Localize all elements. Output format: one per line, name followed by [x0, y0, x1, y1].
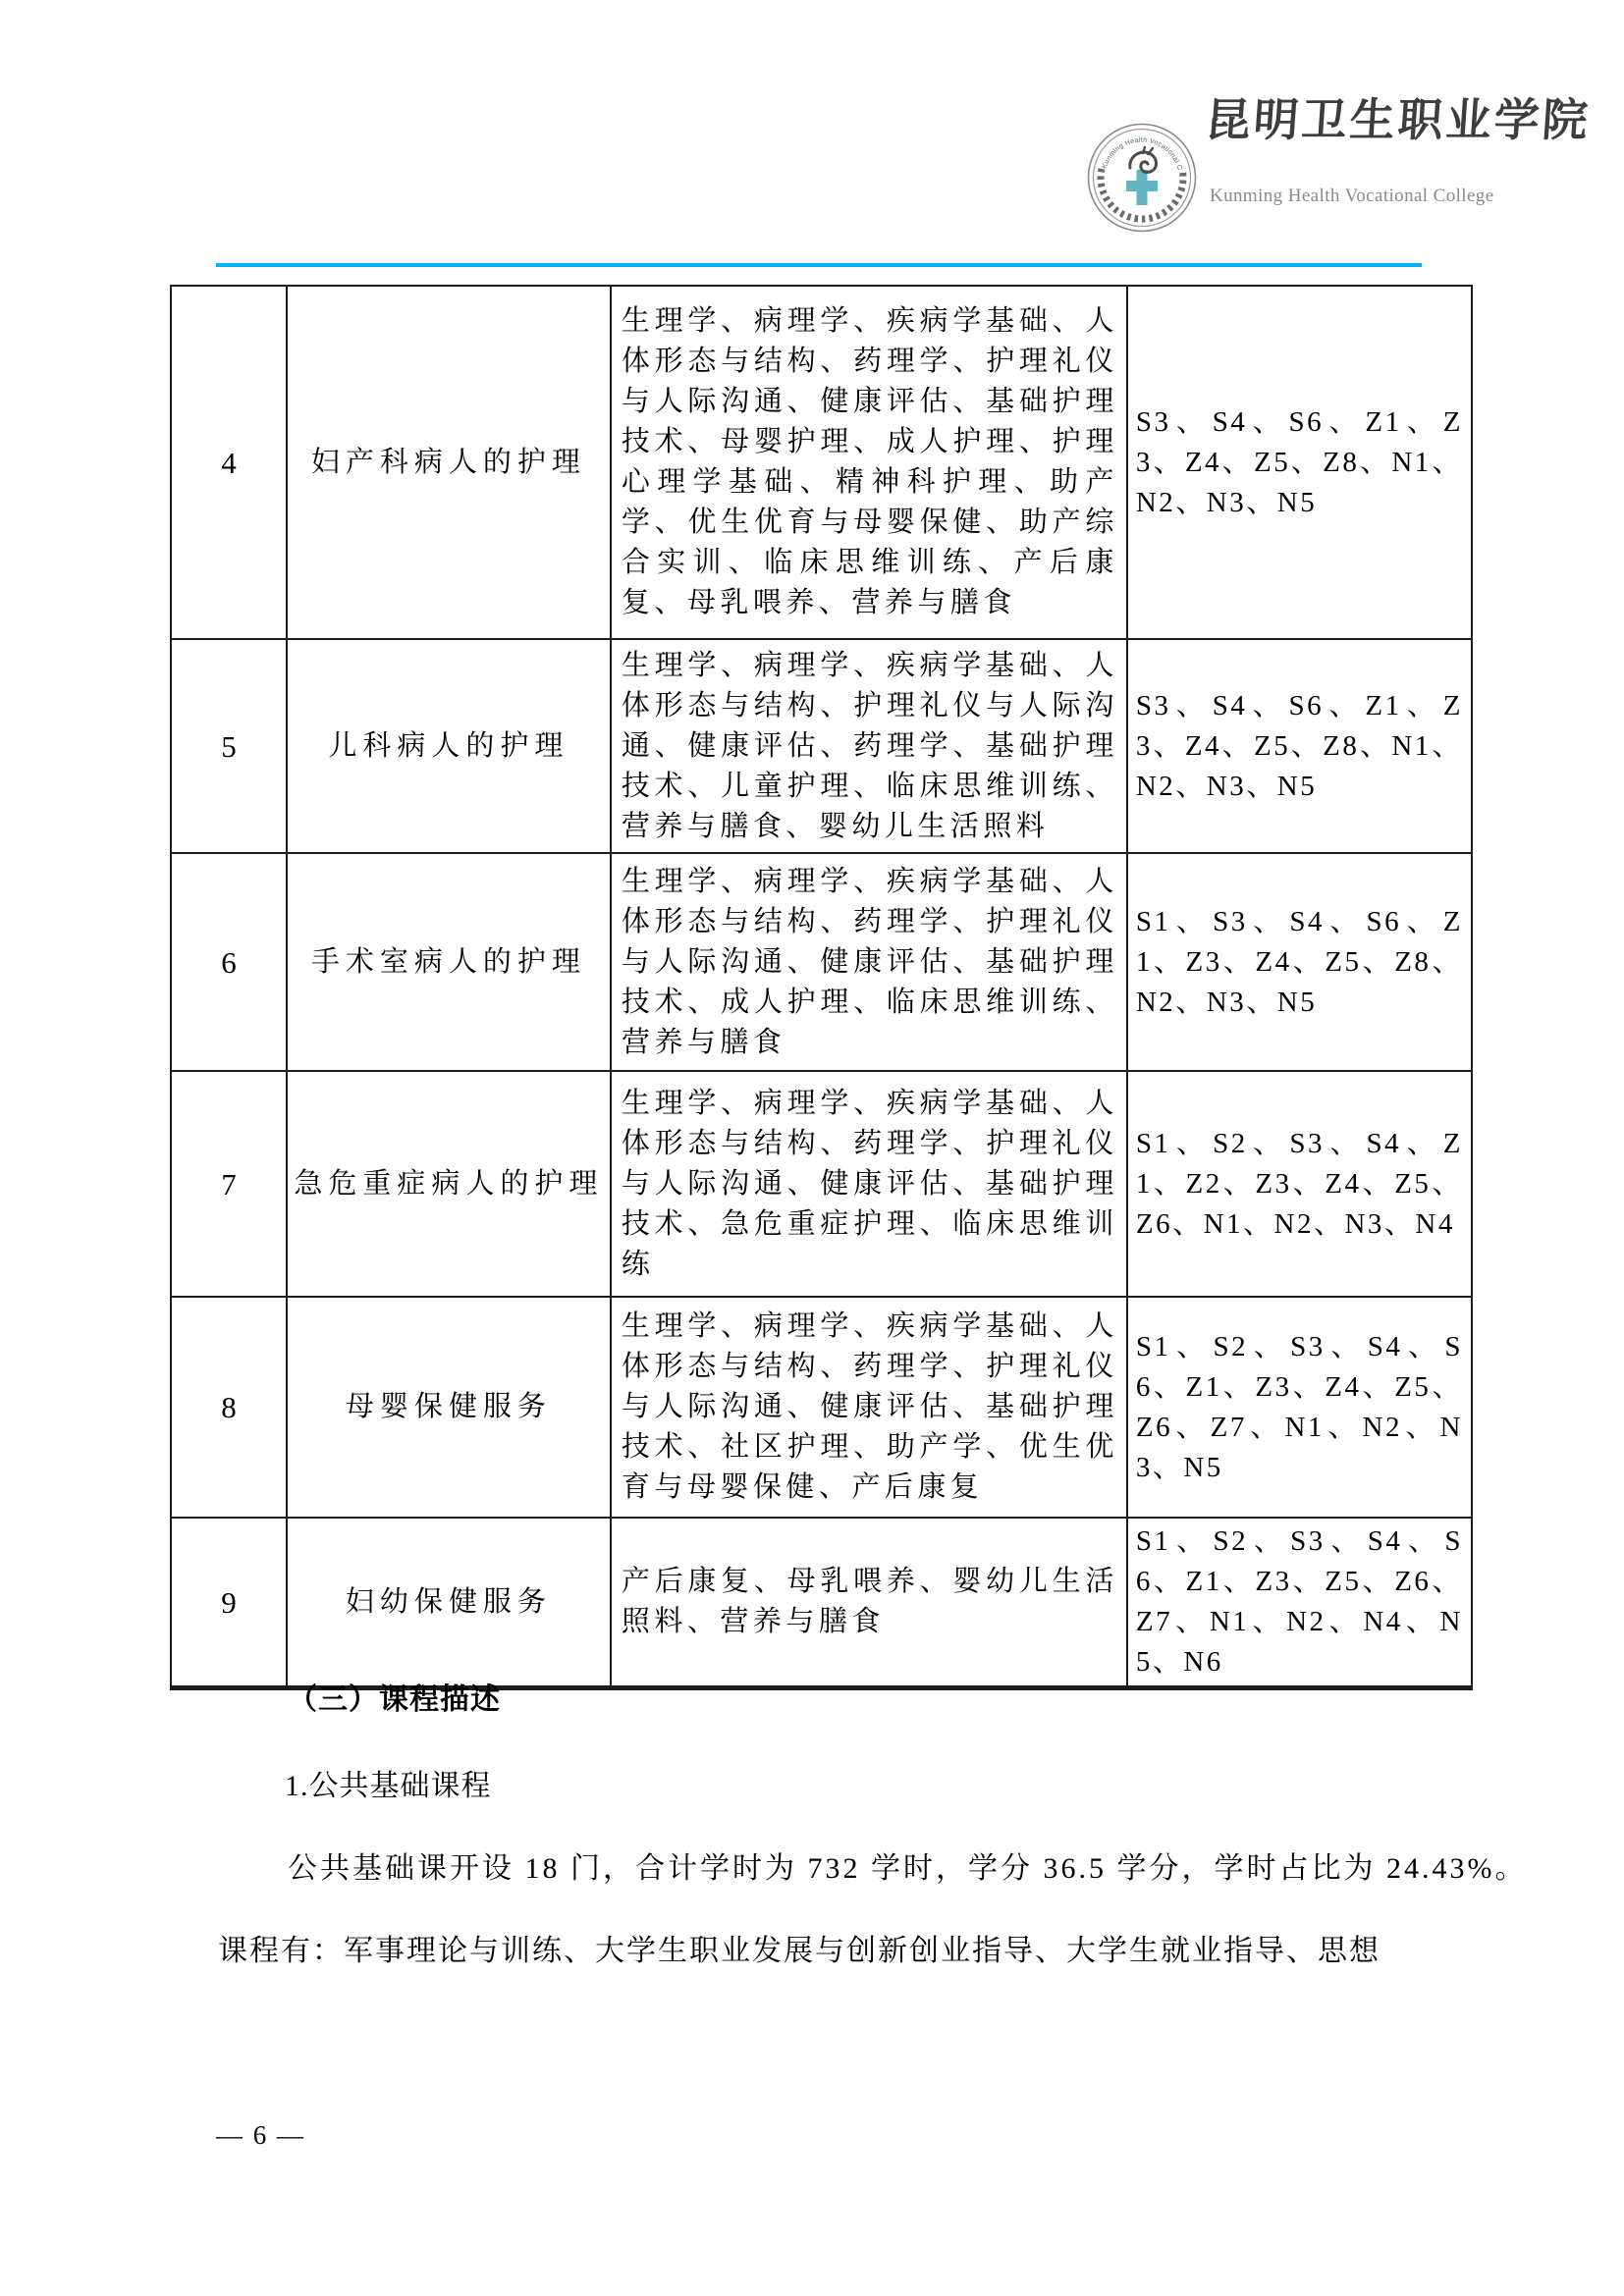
course-codes-cell: S1、S2、S3、S4、S6、Z1、Z3、Z4、Z5、Z6、Z7、N1、N2、N…	[1127, 1297, 1472, 1518]
course-codes-cell: S1、S3、S4、S6、Z1、Z3、Z4、Z5、Z8、N2、N3、N5	[1127, 853, 1472, 1071]
section-heading: （三）课程描述	[288, 1675, 501, 1718]
course-codes-cell: S1、S2、S3、S4、S6、Z1、Z3、Z5、Z6、Z7、N1、N2、N4、N…	[1127, 1518, 1472, 1688]
subsection-heading: 1.公共基础课程	[285, 1761, 492, 1804]
course-name-cell: 儿科病人的护理	[287, 639, 611, 853]
header-accent-rule	[216, 263, 1422, 267]
table-row: 4 妇产科病人的护理 生理学、病理学、疾病学基础、人体形态与结构、药理学、护理礼…	[171, 286, 1472, 639]
course-content-cell: 生理学、病理学、疾病学基础、人体形态与结构、药理学、护理礼仪与人际沟通、健康评估…	[611, 286, 1127, 639]
course-table: 4 妇产科病人的护理 生理学、病理学、疾病学基础、人体形态与结构、药理学、护理礼…	[170, 285, 1473, 1690]
row-number-cell: 7	[171, 1071, 287, 1297]
paragraph-course-list: 课程有：军事理论与训练、大学生职业发展与创新创业指导、大学生就业指导、思想	[218, 1926, 1447, 1969]
course-content-cell: 生理学、病理学、疾病学基础、人体形态与结构、药理学、护理礼仪与人际沟通、健康评估…	[611, 1297, 1127, 1518]
course-name-cell: 妇幼保健服务	[287, 1518, 611, 1688]
row-number-cell: 5	[171, 639, 287, 853]
course-name-cell: 妇产科病人的护理	[287, 286, 611, 639]
course-name-cell: 急危重症病人的护理	[287, 1071, 611, 1297]
course-codes-cell: S3、S4、S6、Z1、Z3、Z4、Z5、Z8、N1、N2、N3、N5	[1127, 639, 1472, 853]
course-content-cell: 产后康复、母乳喂养、婴幼儿生活照料、营养与膳食	[611, 1518, 1127, 1688]
row-number-cell: 6	[171, 853, 287, 1071]
course-name-cell: 手术室病人的护理	[287, 853, 611, 1071]
table-row: 8 母婴保健服务 生理学、病理学、疾病学基础、人体形态与结构、药理学、护理礼仪与…	[171, 1297, 1472, 1518]
course-content-cell: 生理学、病理学、疾病学基础、人体形态与结构、药理学、护理礼仪与人际沟通、健康评估…	[611, 853, 1127, 1071]
table-row: 5 儿科病人的护理 生理学、病理学、疾病学基础、人体形态与结构、护理礼仪与人际沟…	[171, 639, 1472, 853]
course-codes-cell: S1、S2、S3、S4、Z1、Z2、Z3、Z4、Z5、Z6、N1、N2、N3、N…	[1127, 1071, 1472, 1297]
row-number-cell: 4	[171, 286, 287, 639]
paragraph-course-stats: 公共基础课开设 18 门，合计学时为 732 学时，学分 36.5 学分，学时占…	[288, 1843, 1528, 1887]
row-number-cell: 9	[171, 1518, 287, 1688]
course-codes-cell: S3、S4、S6、Z1、Z3、Z4、Z5、Z8、N1、N2、N3、N5	[1127, 286, 1472, 639]
row-number-cell: 8	[171, 1297, 287, 1518]
college-name-english: Kunming Health Vocational College	[1210, 186, 1573, 207]
college-seal-icon: Kunming Health Vocational College	[1086, 122, 1198, 234]
document-page: Kunming Health Vocational College 昆明卫生职业…	[0, 0, 1624, 2296]
college-name-chinese: 昆明卫生职业学院	[1204, 84, 1573, 147]
course-content-cell: 生理学、病理学、疾病学基础、人体形态与结构、药理学、护理礼仪与人际沟通、健康评估…	[611, 1071, 1127, 1297]
college-seal-logo: Kunming Health Vocational College	[1086, 122, 1198, 234]
table-row: 7 急危重症病人的护理 生理学、病理学、疾病学基础、人体形态与结构、药理学、护理…	[171, 1071, 1472, 1297]
course-name-cell: 母婴保健服务	[287, 1297, 611, 1518]
page-number: — 6 —	[216, 2120, 305, 2151]
course-content-cell: 生理学、病理学、疾病学基础、人体形态与结构、护理礼仪与人际沟通、健康评估、药理学…	[611, 639, 1127, 853]
table-row: 6 手术室病人的护理 生理学、病理学、疾病学基础、人体形态与结构、药理学、护理礼…	[171, 853, 1472, 1071]
table-row: 9 妇幼保健服务 产后康复、母乳喂养、婴幼儿生活照料、营养与膳食 S1、S2、S…	[171, 1518, 1472, 1688]
